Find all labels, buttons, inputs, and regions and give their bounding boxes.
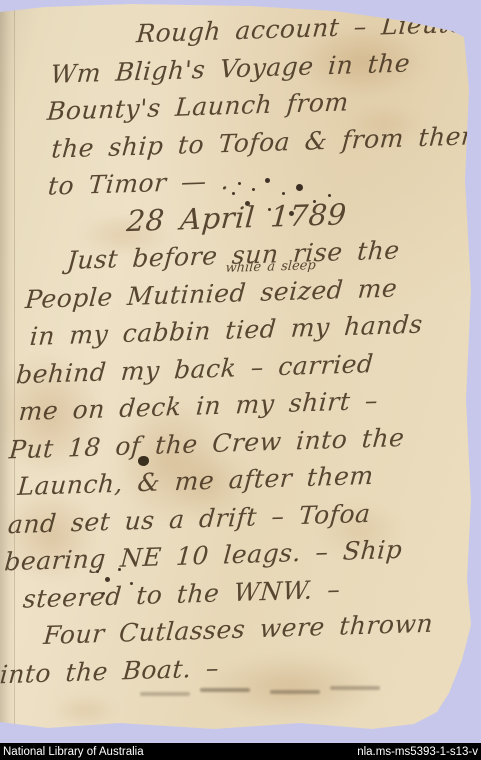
paper-stain [40,690,130,730]
ink-smudge [200,688,250,692]
item-id-label: nla.ms-ms5393-1-s13-v [357,746,478,758]
manuscript-page: Rough account – Lieutenant Wm Bligh's Vo… [0,0,474,731]
ink-spatter [238,182,241,185]
caption-bar: National Library of Australia nla.ms-ms5… [0,743,481,760]
ink-spatter [96,570,99,573]
scan-viewport: Rough account – Lieutenant Wm Bligh's Vo… [0,0,481,760]
institution-label: National Library of Australia [3,746,144,758]
interlinear-insertion: while a sleep [225,259,316,276]
handwritten-text: Rough account – Lieutenant Wm Bligh's Vo… [0,13,481,693]
